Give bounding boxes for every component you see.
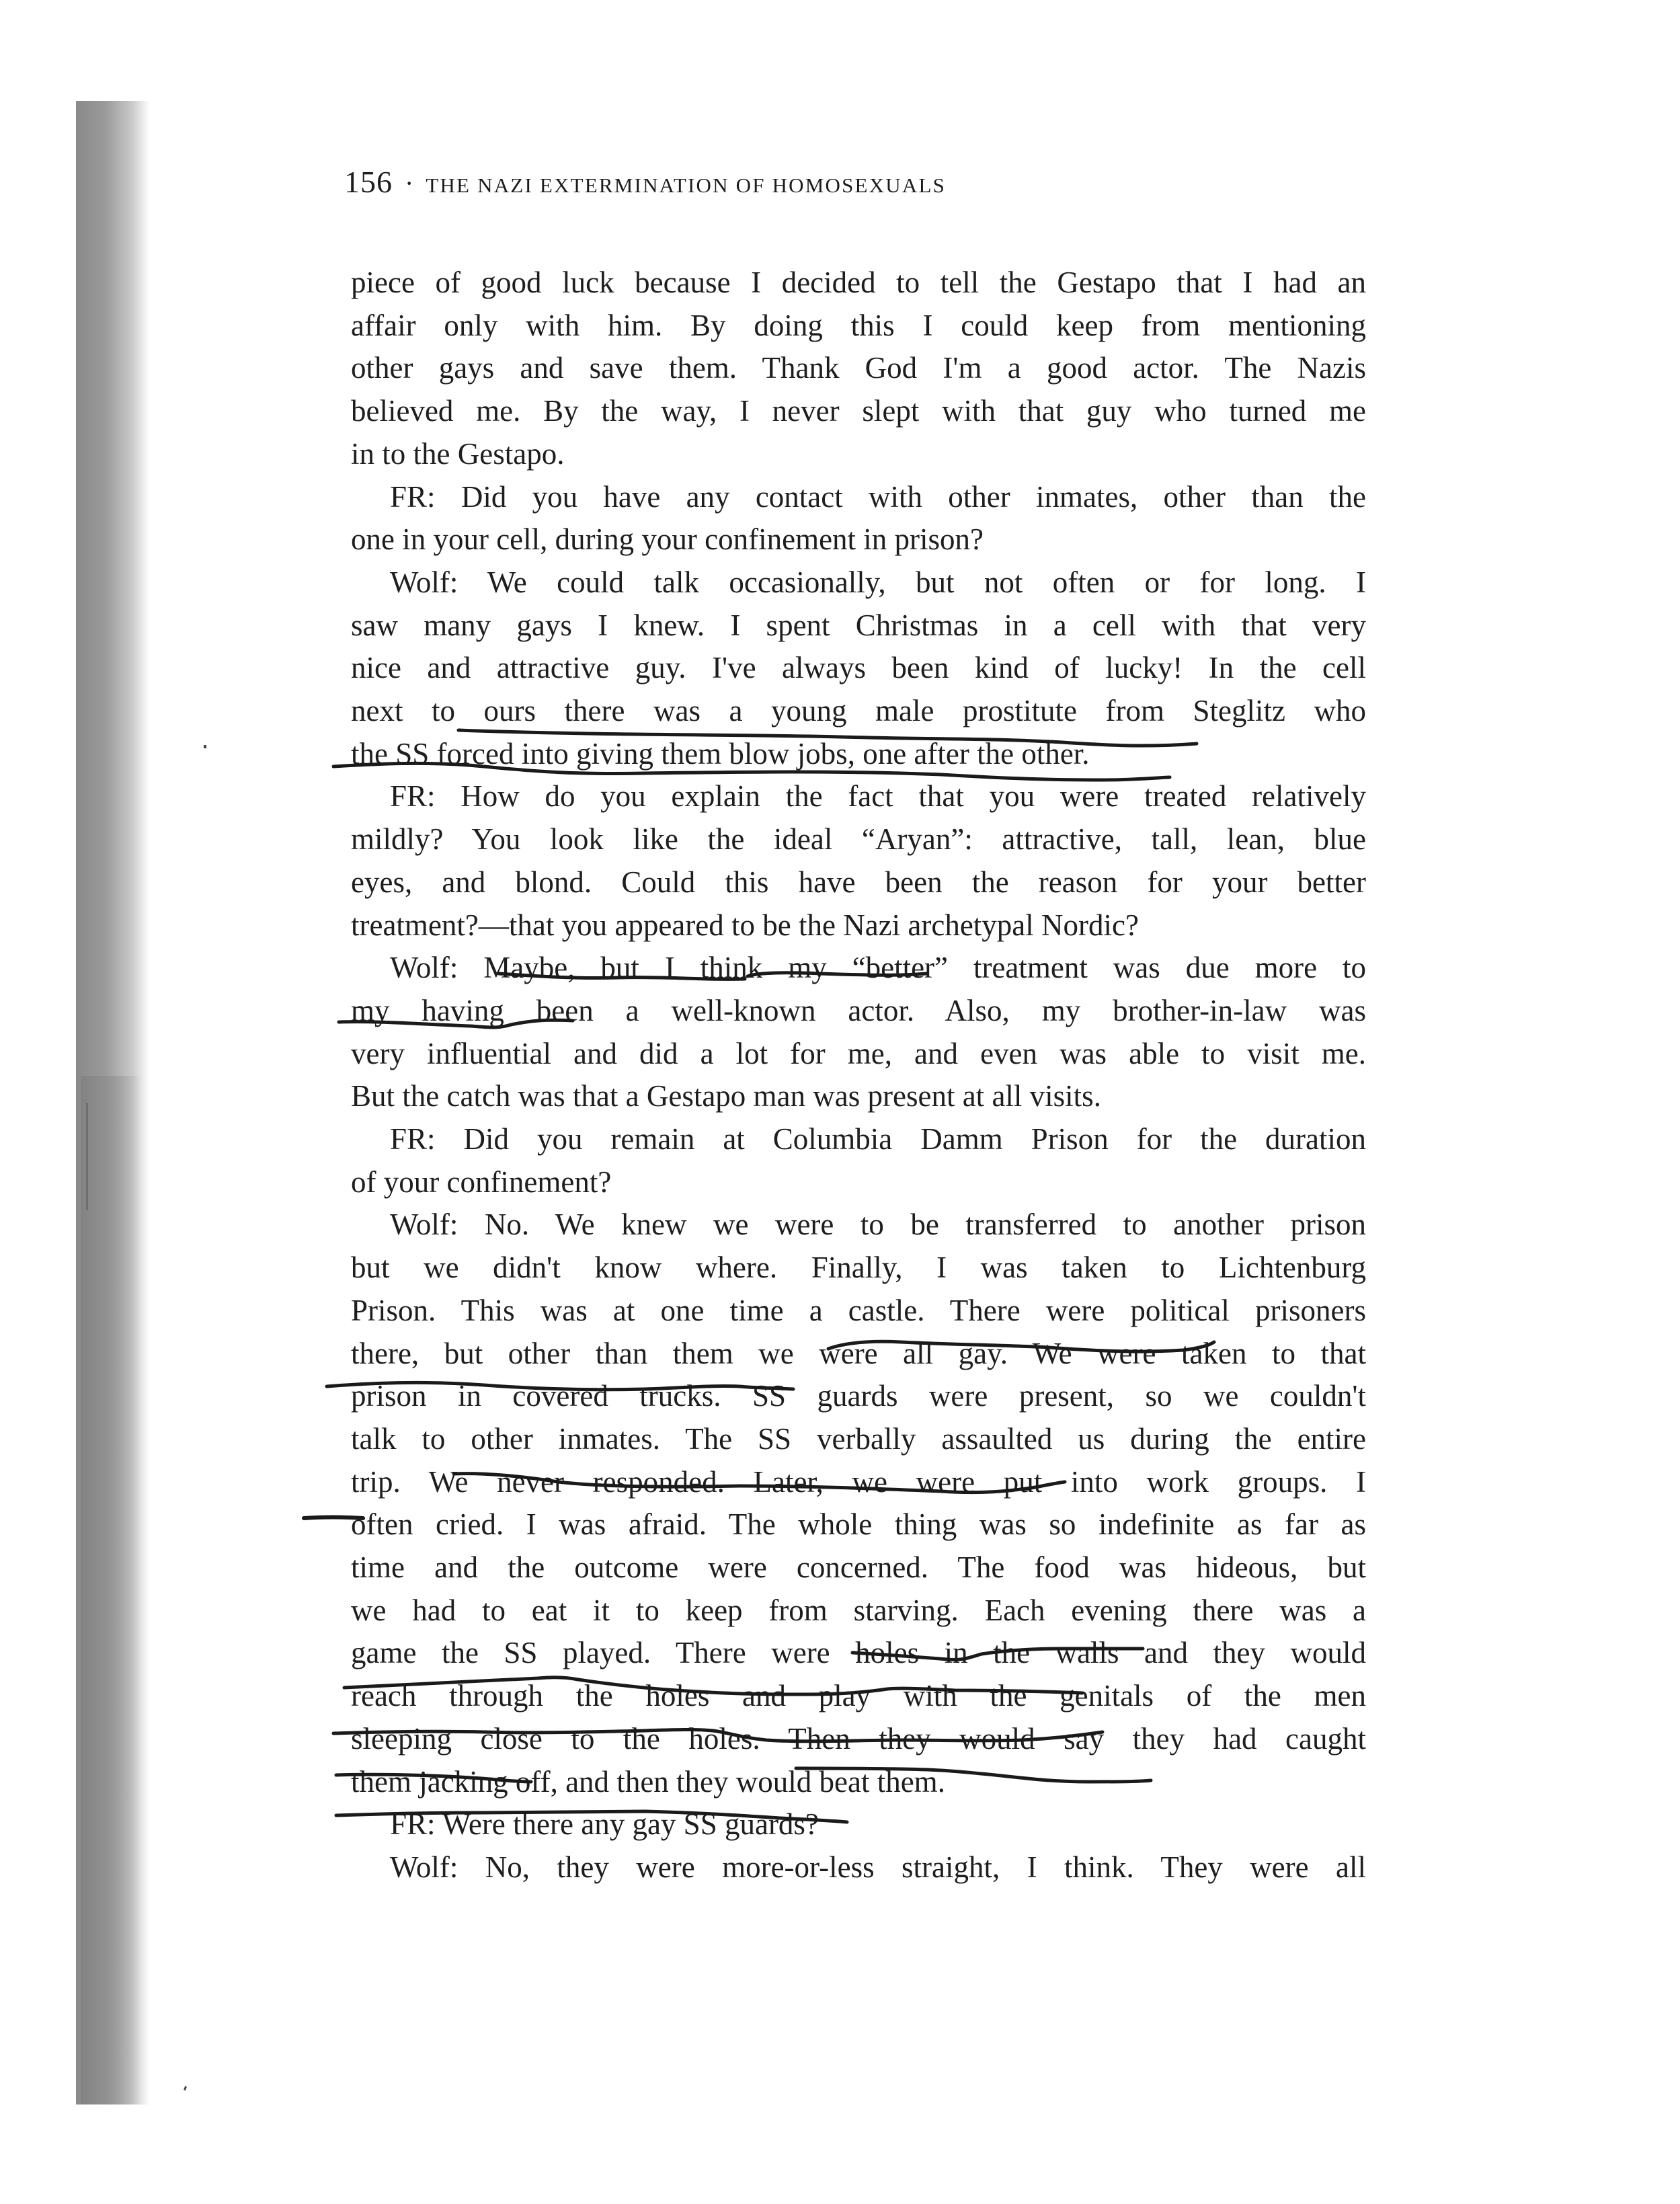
text-line: Wolf: We could talk occasionally, but no…: [390, 563, 1366, 601]
text-line: sleeping close to the holes. Then they w…: [351, 1720, 1366, 1758]
text-line: FR: Did you have any contact with other …: [390, 478, 1366, 516]
text-line: affair only with him. By doing this I co…: [351, 307, 1366, 344]
text-line: my having been a well-known actor. Also,…: [351, 992, 1366, 1029]
running-header: 156·THE NAZI EXTERMINATION OF HOMOSEXUAL…: [344, 164, 946, 204]
text-line: we had to eat it to keep from starving. …: [351, 1591, 1366, 1629]
text-line: treatment?—that you appeared to be the N…: [351, 906, 1366, 944]
text-line: but we didn't know where. Finally, I was…: [351, 1249, 1366, 1286]
scan-speck: [184, 2086, 187, 2091]
text-line: FR: Were there any gay SS guards?: [390, 1805, 1366, 1843]
text-line: FR: How do you explain the fact that you…: [390, 777, 1366, 815]
scan-speck: [204, 745, 206, 748]
text-line: one in your cell, during your confinemen…: [351, 520, 1366, 558]
text-line: But the catch was that a Gestapo man was…: [351, 1077, 1366, 1115]
binding-fold-line: [86, 1103, 88, 1210]
text-line: time and the outcome were concerned. The…: [351, 1548, 1366, 1586]
text-line: Wolf: No, they were more-or-less straigh…: [390, 1848, 1366, 1886]
text-line: mildly? You look like the ideal “Aryan”:…: [351, 820, 1366, 858]
header-separator: ·: [405, 168, 413, 198]
text-line: piece of good luck because I decided to …: [351, 264, 1366, 301]
text-line: other gays and save them. Thank God I'm …: [351, 349, 1366, 387]
text-line: next to ours there was a young male pros…: [351, 692, 1366, 730]
text-line: there, but other than them we were all g…: [351, 1335, 1366, 1372]
text-line: of your confinement?: [351, 1163, 1366, 1201]
text-line: prison in covered trucks. SS guards were…: [351, 1377, 1366, 1415]
text-line: Wolf: Maybe, but I think my “better” tre…: [390, 949, 1366, 986]
text-line: saw many gays I knew. I spent Christmas …: [351, 606, 1366, 644]
page-number: 156: [344, 165, 393, 199]
text-line: game the SS played. There were holes in …: [351, 1634, 1366, 1671]
text-line: FR: Did you remain at Columbia Damm Pris…: [390, 1120, 1366, 1158]
scanned-book-page: 156·THE NAZI EXTERMINATION OF HOMOSEXUAL…: [0, 0, 1680, 2204]
binding-shadow-dark: [81, 1076, 141, 2104]
text-line: eyes, and blond. Could this have been th…: [351, 863, 1366, 901]
text-line: very influential and did a lot for me, a…: [351, 1035, 1366, 1072]
text-line: often cried. I was afraid. The whole thi…: [351, 1505, 1366, 1543]
text-line: nice and attractive guy. I've always bee…: [351, 649, 1366, 686]
text-line: Prison. This was at one time a castle. T…: [351, 1292, 1366, 1329]
running-head-title: THE NAZI EXTERMINATION OF HOMOSEXUALS: [426, 173, 946, 197]
text-line: believed me. By the way, I never slept w…: [351, 392, 1366, 430]
text-line: in to the Gestapo.: [351, 435, 1366, 473]
text-line: trip. We never responded. Later, we were…: [351, 1463, 1366, 1501]
text-line: the SS forced into giving them blow jobs…: [351, 735, 1366, 773]
text-line: them jacking off, and then they would be…: [351, 1763, 1366, 1801]
text-line: Wolf: No. We knew we were to be transfer…: [390, 1206, 1366, 1243]
text-line: reach through the holes and play with th…: [351, 1677, 1366, 1715]
text-line: talk to other inmates. The SS verbally a…: [351, 1420, 1366, 1458]
